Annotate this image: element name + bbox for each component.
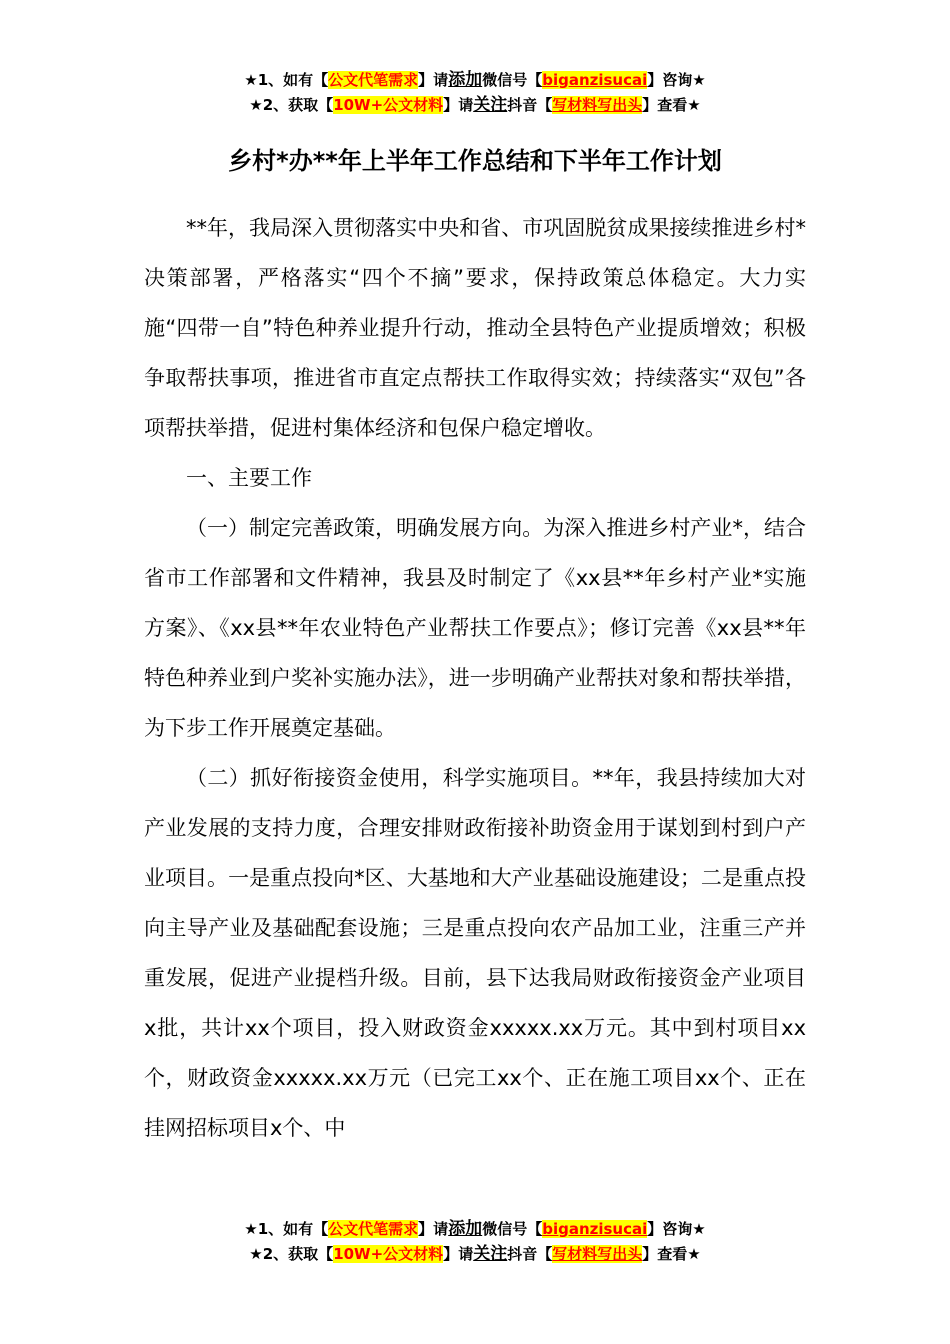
banner-text: ★1、如有【 <box>244 1220 328 1238</box>
document-title: 乡村*办**年上半年工作总结和下半年工作计划 <box>0 143 950 179</box>
banner-text: 】请 <box>443 1245 473 1263</box>
section-heading: 一、主要工作 <box>144 453 806 503</box>
banner-text: 】查看★ <box>642 1245 700 1263</box>
banner-text: 】请 <box>418 71 448 89</box>
emphasis-follow: 关注 <box>473 95 507 115</box>
paragraph-funds: （二）抓好衔接资金使用，科学实施项目。**年，我县持续加大对产业发展的支持力度，… <box>144 753 806 1153</box>
emphasis-add: 添加 <box>448 1219 482 1239</box>
banner-text: 抖音【 <box>507 96 552 114</box>
banner-text: 微信号【 <box>482 71 542 89</box>
highlight-materials: 10W+公文材料 <box>333 1245 443 1263</box>
banner-text: 】咨询★ <box>647 1220 705 1238</box>
banner-text: 微信号【 <box>482 1220 542 1238</box>
banner-line-1: ★1、如有【公文代笔需求】请添加微信号【biganzisucai】咨询★ <box>0 1217 950 1242</box>
banner-text: ★1、如有【 <box>244 71 328 89</box>
emphasis-follow: 关注 <box>473 1244 507 1264</box>
wechat-id: biganzisucai <box>542 71 647 89</box>
highlight-service: 公文代笔需求 <box>328 1220 418 1238</box>
wechat-id: biganzisucai <box>542 1220 647 1238</box>
banner-text: 】咨询★ <box>647 71 705 89</box>
banner-text: 抖音【 <box>507 1245 552 1263</box>
banner-text: 】查看★ <box>642 96 700 114</box>
emphasis-add: 添加 <box>448 70 482 90</box>
highlight-service: 公文代笔需求 <box>328 71 418 89</box>
banner-text: 】请 <box>443 96 473 114</box>
banner-text: 】请 <box>418 1220 448 1238</box>
douyin-account: 写材料写出头 <box>552 96 642 114</box>
paragraph-policy: （一）制定完善政策，明确发展方向。为深入推进乡村产业*，结合省市工作部署和文件精… <box>144 503 806 753</box>
intro-paragraph: **年，我局深入贯彻落实中央和省、市巩固脱贫成果接续推进乡村*决策部署，严格落实… <box>144 203 806 453</box>
douyin-account: 写材料写出头 <box>552 1245 642 1263</box>
document-body: **年，我局深入贯彻落实中央和省、市巩固脱贫成果接续推进乡村*决策部署，严格落实… <box>144 203 806 1153</box>
header-banner: ★1、如有【公文代笔需求】请添加微信号【biganzisucai】咨询★ ★2、… <box>0 68 950 118</box>
banner-text: ★2、获取【 <box>249 96 333 114</box>
highlight-materials: 10W+公文材料 <box>333 96 443 114</box>
banner-text: ★2、获取【 <box>249 1245 333 1263</box>
banner-line-1: ★1、如有【公文代笔需求】请添加微信号【biganzisucai】咨询★ <box>0 68 950 93</box>
banner-line-2: ★2、获取【10W+公文材料】请关注抖音【写材料写出头】查看★ <box>0 93 950 118</box>
banner-line-2: ★2、获取【10W+公文材料】请关注抖音【写材料写出头】查看★ <box>0 1242 950 1267</box>
footer-banner: ★1、如有【公文代笔需求】请添加微信号【biganzisucai】咨询★ ★2、… <box>0 1217 950 1267</box>
